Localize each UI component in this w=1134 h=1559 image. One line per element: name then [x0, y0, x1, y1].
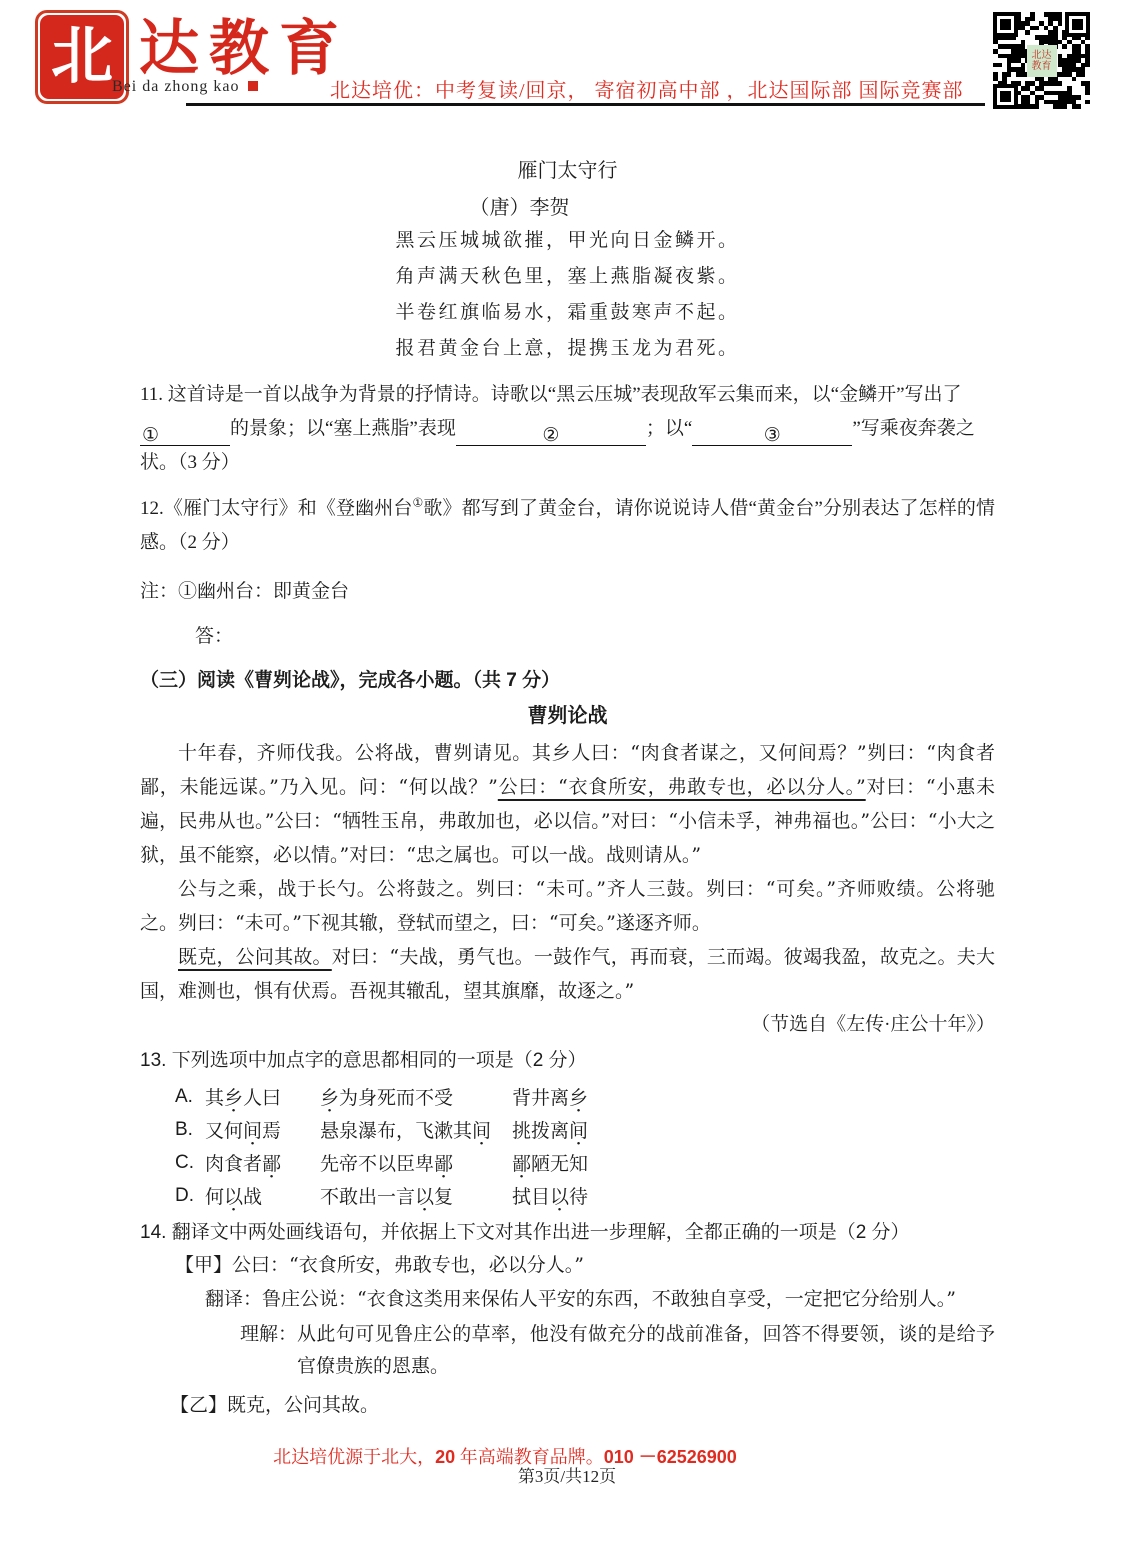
answer-blank-1: ①: [140, 419, 230, 446]
qr-finder-icon: [993, 12, 1018, 37]
lijie-label: 理解：: [240, 1318, 297, 1382]
underlined-sentence-yi: 既克，公问其故。: [178, 946, 332, 968]
fanyi-text: 鲁庄公说：“衣食这类用来保佑人平安的东西，不敢独自享受，一定把它分给别人。”: [262, 1288, 956, 1310]
lijie-text: 从此句可见鲁庄公的草率，他没有做充分的战前准备，回答不得要领，谈的是给予官僚贵族…: [297, 1318, 995, 1382]
option-phrase: 肉食者鄙: [205, 1149, 320, 1176]
option-row-d: D. 何以战 不敢出一言以复 拭目以待: [175, 1179, 995, 1212]
header-slogan: 北达培优：中考复读/回京， 寄宿初高中部 ，北达国际部 国际竞赛部: [330, 74, 980, 103]
qr-code: 北达 教育: [993, 12, 1090, 109]
option-label: B.: [175, 1119, 205, 1141]
passage-paragraph-2: 公与之乘，战于长勺。公将鼓之。刿曰：“未可。”齐人三鼓。刿曰：“可矣。”齐师败绩…: [140, 872, 995, 940]
passage-paragraph-1: 十年春，齐师伐我。公将战，曹刿请见。其乡人曰：“肉食者谋之，又何间焉？”刿曰：“…: [140, 736, 995, 872]
q13-options: A. 其乡人曰 乡为身死而不受 背井离乡 B. 又何间焉 悬泉瀑布，飞漱其间 挑…: [175, 1080, 995, 1212]
poem-line: 角声满天秋色里，塞上燕脂凝夜紫。: [140, 258, 995, 294]
q11-seg2: 的景象；以“塞上燕脂”表现: [230, 418, 456, 439]
answer-label: 答：: [140, 622, 995, 652]
poem-author: （唐）李贺: [92, 192, 947, 222]
yi-tag: 【乙】: [170, 1394, 227, 1416]
footnote-marker: ①: [413, 496, 424, 510]
option-phrase: 挑拨离间: [512, 1116, 995, 1143]
option-phrase: 何以战: [205, 1182, 320, 1209]
option-phrase: 又何间焉: [205, 1116, 320, 1143]
q14-lijie: 理解： 从此句可见鲁庄公的草率，他没有做充分的战前准备，回答不得要领，谈的是给予…: [240, 1318, 995, 1382]
fanyi-label: 翻译：: [205, 1288, 262, 1310]
q11-line1: 11. 这首诗是一首以战争为背景的抒情诗。诗歌以“黑云压城”表现敌军云集而来，以…: [140, 378, 995, 412]
option-phrase: 拭目以待: [512, 1182, 995, 1209]
question-13-stem: 13. 下列选项中加点字的意思都相同的一项是（2 分）: [140, 1046, 995, 1076]
logo-brand-text: 达教育: [139, 10, 349, 88]
option-phrase: 乡为身死而不受: [320, 1083, 512, 1110]
option-label: C.: [175, 1152, 205, 1174]
poem-line: 黑云压城城欲摧，甲光向日金鳞开。: [140, 222, 995, 258]
qr-finder-icon: [1065, 12, 1090, 37]
question-14-stem: 14. 翻译文中两处画线语句，并依据上下文对其作出进一步理解，全都正确的一项是（…: [140, 1218, 995, 1248]
poem-line: 半卷红旗临易水，霜重鼓寒声不起。: [140, 294, 995, 330]
qr-finder-icon: [993, 84, 1018, 109]
footnote: 注：①幽州台：即黄金台: [140, 576, 995, 606]
answer-blank-2: ②: [456, 419, 646, 446]
poem-title: 雁门太守行: [140, 156, 995, 184]
option-phrase: 鄙陋无知: [512, 1149, 995, 1176]
page-header: 北 达教育 Bei da zhong kao 北达培优：中考复读/回京， 寄宿初…: [0, 0, 1134, 112]
q11-seg3: ；以“: [646, 418, 692, 439]
section-heading: （三）阅读《曹刿论战》，完成各小题。（共 7 分）: [140, 666, 995, 696]
q14-jia: 【甲】公曰：“衣食所安，弗敢专也，必以分人。”: [175, 1250, 995, 1280]
header-divider: [186, 103, 985, 106]
passage-paragraph-3: 既克，公问其故。对曰：“夫战，勇气也。一鼓作气，再而衰，三而竭。彼竭我盈，故克之…: [140, 940, 995, 1008]
option-row-b: B. 又何间焉 悬泉瀑布，飞漱其间 挑拨离间: [175, 1113, 995, 1146]
exam-content: 雁门太守行 （唐）李贺 黑云压城城欲摧，甲光向日金鳞开。 角声满天秋色里，塞上燕…: [0, 107, 1134, 1420]
jia-text: 公曰：“衣食所安，弗敢专也，必以分人。”: [232, 1254, 584, 1276]
passage-title: 曹刿论战: [140, 702, 995, 730]
q11-line3: 状。（3 分）: [140, 446, 995, 480]
exam-page: 北 达教育 Bei da zhong kao 北达培优：中考复读/回京， 寄宿初…: [0, 0, 1134, 1559]
poem-line: 报君黄金台上意，提携玉龙为君死。: [140, 330, 995, 366]
page-number: 第3页/共12页: [0, 1462, 1134, 1487]
option-row-c: C. 肉食者鄙 先帝不以臣卑鄙 鄙陋无知: [175, 1146, 995, 1179]
option-row-a: A. 其乡人曰 乡为身死而不受 背井离乡: [175, 1080, 995, 1113]
q11-seg4: ”写乘夜奔袭之: [852, 418, 974, 439]
passage-source: （节选自《左传·庄公十年》）: [140, 1010, 995, 1040]
option-phrase: 先帝不以臣卑鄙: [320, 1149, 512, 1176]
q14-fanyi: 翻译：鲁庄公说：“衣食这类用来保佑人平安的东西，不敢独自享受，一定把它分给别人。…: [205, 1284, 995, 1314]
answer-blank-3: ③: [692, 419, 852, 446]
option-label: D.: [175, 1185, 205, 1207]
question-11: 11. 这首诗是一首以战争为背景的抒情诗。诗歌以“黑云压城”表现敌军云集而来，以…: [140, 378, 995, 480]
option-phrase: 背井离乡: [512, 1083, 995, 1110]
option-label: A.: [175, 1086, 205, 1108]
question-12: 12.《雁门太守行》和《登幽州台①歌》都写到了黄金台，请你说说诗人借“黄金台”分…: [140, 492, 995, 560]
red-square-icon: [248, 81, 258, 91]
option-phrase: 不敢出一言以复: [320, 1182, 512, 1209]
q12-part1: 12.《雁门太守行》和《登幽州台: [140, 498, 413, 519]
q11-line2: ①的景象；以“塞上燕脂”表现②；以“③”写乘夜奔袭之: [140, 412, 995, 446]
underlined-sentence-jia: 公曰：“衣食所安，弗敢专也，必以分人。”: [498, 776, 866, 798]
yi-text: 既克，公问其故。: [227, 1394, 379, 1416]
q14-yi: 【乙】既克，公问其故。: [170, 1390, 995, 1420]
qr-center-label: 北达 教育: [1027, 45, 1057, 77]
logo-subtitle: Bei da zhong kao: [112, 78, 258, 96]
option-phrase: 其乡人曰: [205, 1083, 320, 1110]
jia-tag: 【甲】: [175, 1254, 232, 1276]
option-phrase: 悬泉瀑布，飞漱其间: [320, 1116, 512, 1143]
logo-subtitle-text: Bei da zhong kao: [112, 78, 240, 95]
